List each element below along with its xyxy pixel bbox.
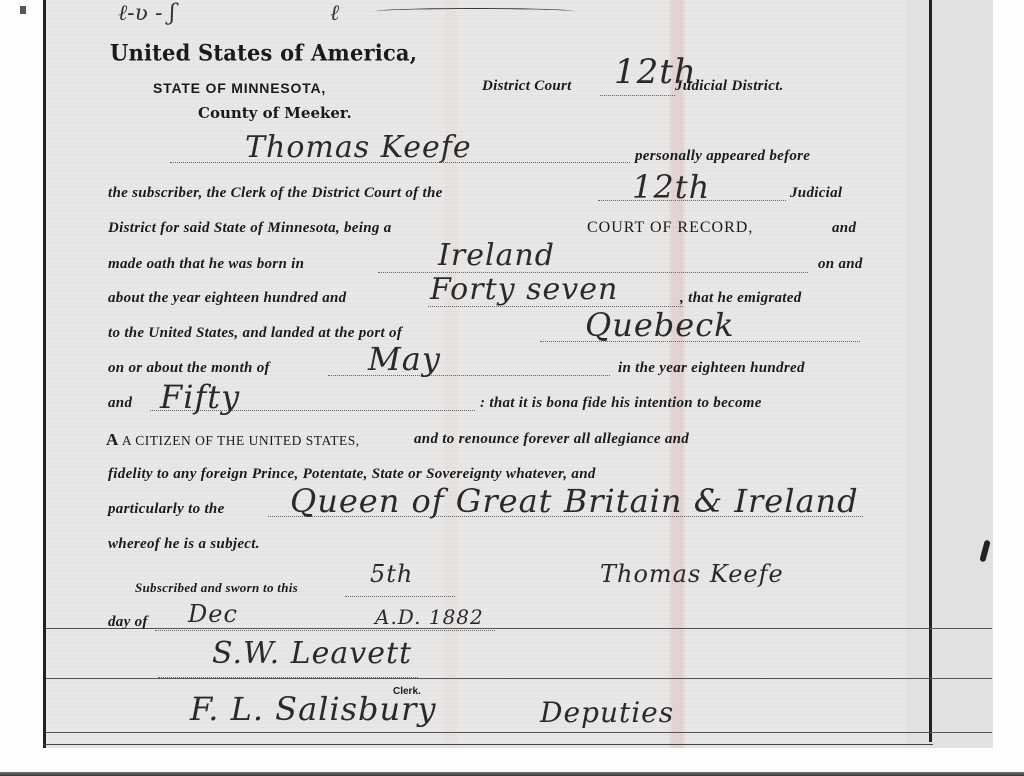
top-partial-handwriting-2: ℓ [330, 0, 339, 26]
line7-prefix: on or about the month of [108, 360, 270, 377]
line10: fidelity to any foreign Prince, Potentat… [108, 466, 596, 483]
line4-prefix: made oath that he was born in [108, 256, 304, 273]
port-of-arrival: Quebeck [585, 306, 735, 344]
day-of-prefix: day of [108, 614, 148, 631]
oath-month: Dec [188, 600, 238, 628]
subscribed-prefix: Subscribed and sworn to this [135, 580, 298, 596]
line1-suffix: personally appeared before [635, 148, 810, 165]
fill-line [155, 630, 495, 631]
line5-prefix: about the year eighteen hundred and [108, 290, 346, 307]
header-court-prefix: District Court [482, 78, 572, 95]
right-margin-rule [929, 0, 932, 742]
ruled-line [46, 732, 992, 733]
line7-suffix: in the year eighteen hundred [618, 360, 805, 377]
line3-suffix: and [832, 220, 856, 237]
arrival-month: May [368, 340, 441, 378]
line8-suffix: : that it is bona fide his intention to … [480, 395, 762, 412]
declarant-signature: Thomas Keefe [600, 560, 784, 588]
citizen-caps-text: A CITIZEN OF THE UNITED STATES, [122, 433, 360, 448]
applicant-name: Thomas Keefe [245, 130, 472, 165]
court-of-record: COURT OF RECORD, [587, 219, 753, 237]
ruled-line [46, 628, 992, 629]
header-court-suffix: Judicial District. [675, 78, 784, 95]
line6-prefix: to the United States, and landed at the … [108, 325, 402, 342]
arrival-year: Fifty [160, 378, 240, 416]
header-country: United States of America, [110, 39, 417, 65]
line12: whereof he is a subject. [108, 536, 260, 553]
scan-artifact-mark [20, 6, 26, 14]
top-partial-handwriting: ℓ-ʋ - ʃ [118, 0, 175, 26]
deputy-label: Deputies [540, 696, 674, 729]
sovereign: Queen of Great Britain & Ireland [290, 482, 859, 520]
line8-prefix: and [108, 395, 132, 412]
bottom-rule [43, 744, 933, 745]
deputy-signature: F. L. Salisbury [190, 690, 437, 728]
line2-suffix: Judicial [790, 185, 842, 202]
header-state: STATE OF MINNESOTA, [153, 80, 326, 96]
line2-prefix: the subscriber, the Clerk of the Distric… [108, 185, 443, 202]
clerk-signature: S.W. Leavett [212, 636, 412, 671]
citizen-of-united-states: A A CITIZEN OF THE UNITED STATES, [106, 430, 360, 450]
fill-line [345, 596, 455, 597]
birth-year: Forty seven [430, 272, 618, 307]
line2-district: 12th [632, 168, 710, 206]
line3-prefix: District for said State of Minnesota, be… [108, 220, 392, 237]
decorative-flourish [375, 8, 575, 15]
oath-year: A.D. 1882 [375, 605, 484, 629]
scanner-edge [0, 772, 1024, 776]
line4-suffix: on and [818, 256, 863, 273]
line11-prefix: particularly to the [108, 501, 225, 518]
line5-suffix: , that he emigrated [680, 290, 802, 307]
fill-line [158, 677, 418, 678]
ruled-line [46, 678, 992, 679]
header-county: County of Meeker. [198, 104, 352, 122]
line9-suffix: and to renounce forever all allegiance a… [414, 431, 689, 448]
oath-day: 5th [370, 560, 413, 588]
birthplace: Ireland [438, 238, 555, 273]
fill-line [600, 95, 675, 96]
